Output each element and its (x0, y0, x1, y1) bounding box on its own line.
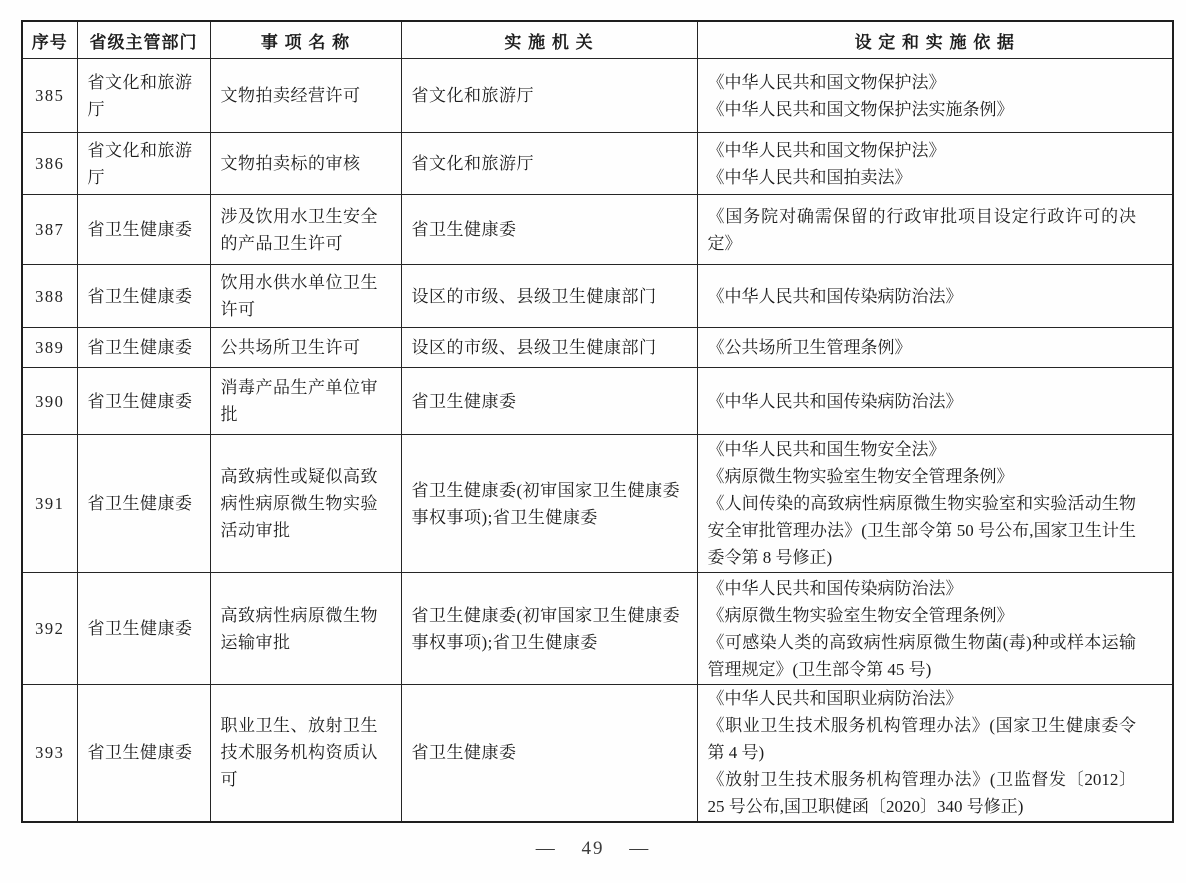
cell-department: 省卫生健康委 (77, 265, 210, 328)
cell-basis: 《中华人民共和国传染病防治法》 (697, 265, 1173, 328)
cell-agency: 设区的市级、县级卫生健康部门 (401, 265, 697, 328)
cell-item-name: 涉及饮用水卫生安全的产品卫生许可 (210, 195, 401, 265)
cell-basis: 《中华人民共和国生物安全法》 《病原微生物实验室生物安全管理条例》 《人间传染的… (697, 435, 1173, 573)
table-row: 387 省卫生健康委 涉及饮用水卫生安全的产品卫生许可 省卫生健康委 《国务院对… (22, 195, 1173, 265)
table-row: 388 省卫生健康委 饮用水供水单位卫生许可 设区的市级、县级卫生健康部门 《中… (22, 265, 1173, 328)
cell-serial: 392 (22, 573, 77, 685)
table-row: 385 省文化和旅游厅 文物拍卖经营许可 省文化和旅游厅 《中华人民共和国文物保… (22, 59, 1173, 133)
cell-item-name: 消毒产品生产单位审批 (210, 368, 401, 435)
column-header-department: 省级主管部门 (77, 21, 210, 59)
cell-basis: 《公共场所卫生管理条例》 (697, 328, 1173, 368)
table-row: 391 省卫生健康委 高致病性或疑似高致病性病原微生物实验活动审批 省卫生健康委… (22, 435, 1173, 573)
cell-department: 省卫生健康委 (77, 328, 210, 368)
column-header-basis: 设 定 和 实 施 依 据 (697, 21, 1173, 59)
cell-item-name: 公共场所卫生许可 (210, 328, 401, 368)
cell-serial: 385 (22, 59, 77, 133)
cell-serial: 389 (22, 328, 77, 368)
cell-department: 省卫生健康委 (77, 195, 210, 265)
cell-item-name: 高致病性或疑似高致病性病原微生物实验活动审批 (210, 435, 401, 573)
cell-basis: 《中华人民共和国文物保护法》 《中华人民共和国文物保护法实施条例》 (697, 59, 1173, 133)
cell-item-name: 文物拍卖标的审核 (210, 133, 401, 195)
cell-basis: 《中华人民共和国传染病防治法》 (697, 368, 1173, 435)
column-header-item-name: 事 项 名 称 (210, 21, 401, 59)
cell-serial: 391 (22, 435, 77, 573)
cell-basis: 《中华人民共和国职业病防治法》 《职业卫生技术服务机构管理办法》(国家卫生健康委… (697, 685, 1173, 822)
cell-agency: 省卫生健康委 (401, 195, 697, 265)
table-header-row: 序号 省级主管部门 事 项 名 称 实 施 机 关 设 定 和 实 施 依 据 (22, 21, 1173, 59)
cell-item-name: 职业卫生、放射卫生技术服务机构资质认可 (210, 685, 401, 822)
cell-basis: 《中华人民共和国传染病防治法》 《病原微生物实验室生物安全管理条例》 《可感染人… (697, 573, 1173, 685)
cell-department: 省卫生健康委 (77, 368, 210, 435)
cell-agency: 省卫生健康委 (401, 368, 697, 435)
table-row: 392 省卫生健康委 高致病性病原微生物运输审批 省卫生健康委(初审国家卫生健康… (22, 573, 1173, 685)
table-row: 386 省文化和旅游厅 文物拍卖标的审核 省文化和旅游厅 《中华人民共和国文物保… (22, 133, 1173, 195)
cell-department: 省卫生健康委 (77, 685, 210, 822)
page-number: — 49 — (0, 838, 1186, 860)
table-row: 389 省卫生健康委 公共场所卫生许可 设区的市级、县级卫生健康部门 《公共场所… (22, 328, 1173, 368)
cell-item-name: 饮用水供水单位卫生许可 (210, 265, 401, 328)
table-row: 393 省卫生健康委 职业卫生、放射卫生技术服务机构资质认可 省卫生健康委 《中… (22, 685, 1173, 822)
cell-department: 省卫生健康委 (77, 573, 210, 685)
cell-serial: 390 (22, 368, 77, 435)
cell-department: 省文化和旅游厅 (77, 59, 210, 133)
cell-agency: 省卫生健康委(初审国家卫生健康委事权事项);省卫生健康委 (401, 435, 697, 573)
cell-serial: 386 (22, 133, 77, 195)
column-header-agency: 实 施 机 关 (401, 21, 697, 59)
cell-item-name: 高致病性病原微生物运输审批 (210, 573, 401, 685)
cell-serial: 393 (22, 685, 77, 822)
cell-agency: 省卫生健康委(初审国家卫生健康委事权事项);省卫生健康委 (401, 573, 697, 685)
cell-department: 省卫生健康委 (77, 435, 210, 573)
cell-basis: 《国务院对确需保留的行政审批项目设定行政许可的决定》 (697, 195, 1173, 265)
cell-agency: 设区的市级、县级卫生健康部门 (401, 328, 697, 368)
cell-serial: 388 (22, 265, 77, 328)
cell-basis: 《中华人民共和国文物保护法》 《中华人民共和国拍卖法》 (697, 133, 1173, 195)
cell-serial: 387 (22, 195, 77, 265)
cell-item-name: 文物拍卖经营许可 (210, 59, 401, 133)
licensing-items-table: 序号 省级主管部门 事 项 名 称 实 施 机 关 设 定 和 实 施 依 据 … (21, 20, 1174, 823)
cell-agency: 省卫生健康委 (401, 685, 697, 822)
column-header-serial: 序号 (22, 21, 77, 59)
document-page: 序号 省级主管部门 事 项 名 称 实 施 机 关 设 定 和 实 施 依 据 … (0, 0, 1186, 883)
cell-agency: 省文化和旅游厅 (401, 59, 697, 133)
table-row: 390 省卫生健康委 消毒产品生产单位审批 省卫生健康委 《中华人民共和国传染病… (22, 368, 1173, 435)
cell-agency: 省文化和旅游厅 (401, 133, 697, 195)
cell-department: 省文化和旅游厅 (77, 133, 210, 195)
